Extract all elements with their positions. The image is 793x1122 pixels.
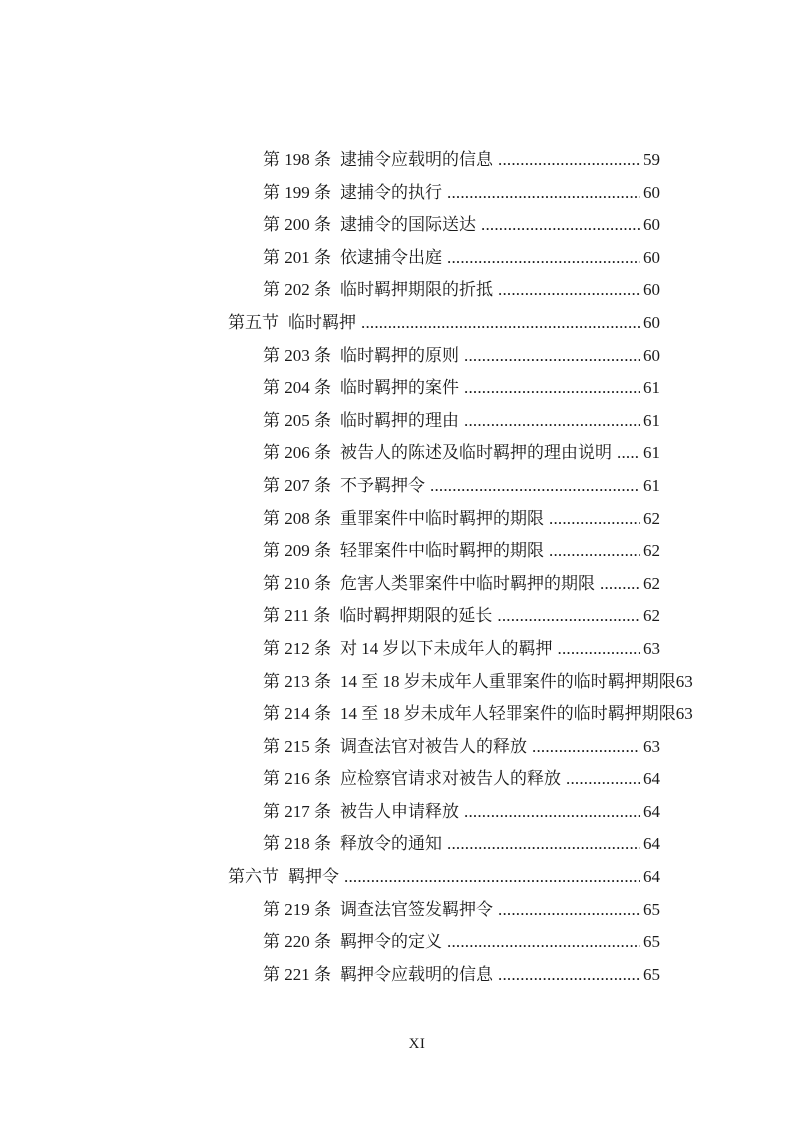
toc-entry: 第 203 条 临时羁押的原则 60 <box>228 340 660 373</box>
toc-entry: 第 198 条 逮捕令应载明的信息 59 <box>228 144 660 177</box>
table-of-contents: 第 198 条 逮捕令应载明的信息 59 第 199 条 逮捕令的执行 60 第… <box>228 144 660 991</box>
toc-entry-label: 第 220 条 <box>263 926 331 959</box>
toc-entry: 第 206 条 被告人的陈述及临时羁押的理由说明 61 <box>228 437 660 470</box>
toc-entry-label: 第 201 条 <box>263 242 331 275</box>
toc-entry-label: 第 204 条 <box>263 372 331 405</box>
toc-entry-page-number: 65 <box>643 894 660 927</box>
toc-entry-title: 不予羁押令 <box>340 470 425 503</box>
toc-entry: 第 219 条 调查法官签发羁押令 65 <box>228 894 660 927</box>
dot-leader <box>430 470 640 503</box>
toc-entry-title: 逮捕令的执行 <box>340 177 442 210</box>
toc-entry-title: 临时羁押的原则 <box>340 340 459 373</box>
toc-entry: 第 213 条 14 至 18 岁未成年人重罪案件的临时羁押期限 63 <box>228 666 660 699</box>
dot-leader <box>481 209 640 242</box>
toc-entry: 第 201 条 依逮捕令出庭 60 <box>228 242 660 275</box>
toc-entry-title: 依逮捕令出庭 <box>340 242 442 275</box>
toc-entry-label: 第 212 条 <box>263 633 331 666</box>
dot-leader <box>566 763 640 796</box>
toc-entry-title: 被告人的陈述及临时羁押的理由说明 <box>340 437 612 470</box>
toc-entry-title: 羁押令的定义 <box>340 926 442 959</box>
dot-leader <box>549 503 640 536</box>
dot-leader <box>549 535 640 568</box>
toc-entry-label: 第 217 条 <box>263 796 331 829</box>
toc-entry: 第 216 条 应检察官请求对被告人的释放 64 <box>228 763 660 796</box>
toc-entry-label: 第 198 条 <box>263 144 331 177</box>
toc-entry-page-number: 60 <box>643 307 660 340</box>
toc-entry: 第 209 条 轻罪案件中临时羁押的期限 62 <box>228 535 660 568</box>
toc-entry: 第五节 临时羁押 60 <box>228 307 660 340</box>
toc-entry-title: 调查法官对被告人的释放 <box>340 731 527 764</box>
toc-entry-label: 第 205 条 <box>263 405 331 438</box>
toc-entry-page-number: 61 <box>643 470 660 503</box>
toc-entry-page-number: 62 <box>643 568 660 601</box>
toc-entry: 第 200 条 逮捕令的国际送达 60 <box>228 209 660 242</box>
toc-entry-label: 第 211 条 <box>263 600 330 633</box>
document-page: 第 198 条 逮捕令应载明的信息 59 第 199 条 逮捕令的执行 60 第… <box>0 0 793 1122</box>
toc-entry: 第 202 条 临时羁押期限的折抵 60 <box>228 274 660 307</box>
dot-leader <box>532 731 640 764</box>
toc-entry-label: 第 210 条 <box>263 568 331 601</box>
toc-entry: 第 212 条 对 14 岁以下未成年人的羁押 63 <box>228 633 660 666</box>
toc-entry-page-number: 64 <box>643 763 660 796</box>
toc-entry-label: 第 202 条 <box>263 274 331 307</box>
toc-entry-page-number: 63 <box>676 698 693 731</box>
dot-leader <box>464 340 640 373</box>
toc-entry: 第六节 羁押令 64 <box>228 861 660 894</box>
toc-entry-title: 危害人类罪案件中临时羁押的期限 <box>340 568 595 601</box>
dot-leader <box>498 274 640 307</box>
toc-entry-page-number: 60 <box>643 340 660 373</box>
toc-entry-title: 被告人申请释放 <box>340 796 459 829</box>
toc-entry-title: 羁押令 <box>288 861 339 894</box>
dot-leader <box>464 796 640 829</box>
toc-entry-page-number: 63 <box>643 633 660 666</box>
toc-entry-page-number: 60 <box>643 209 660 242</box>
toc-entry-label: 第 213 条 <box>263 666 331 699</box>
toc-entry: 第 207 条 不予羁押令 61 <box>228 470 660 503</box>
toc-entry: 第 205 条 临时羁押的理由 61 <box>228 405 660 438</box>
dot-leader <box>498 144 640 177</box>
toc-entry-page-number: 61 <box>643 372 660 405</box>
toc-entry-label: 第 218 条 <box>263 828 331 861</box>
toc-entry-label: 第 215 条 <box>263 731 331 764</box>
toc-entry-title: 临时羁押期限的延长 <box>339 600 492 633</box>
toc-entry-title: 应检察官请求对被告人的释放 <box>340 763 561 796</box>
toc-entry-label: 第 219 条 <box>263 894 331 927</box>
toc-entry: 第 208 条 重罪案件中临时羁押的期限 62 <box>228 503 660 536</box>
toc-entry: 第 199 条 逮捕令的执行 60 <box>228 177 660 210</box>
dot-leader <box>600 568 640 601</box>
toc-entry: 第 204 条 临时羁押的案件 61 <box>228 372 660 405</box>
toc-entry-page-number: 62 <box>643 535 660 568</box>
toc-entry-title: 临时羁押 <box>288 307 356 340</box>
dot-leader <box>558 633 641 666</box>
dot-leader <box>617 437 640 470</box>
dot-leader <box>447 926 640 959</box>
toc-entry-page-number: 63 <box>676 666 693 699</box>
toc-entry: 第 217 条 被告人申请释放 64 <box>228 796 660 829</box>
toc-entry-page-number: 60 <box>643 177 660 210</box>
toc-entry: 第 210 条 危害人类罪案件中临时羁押的期限 62 <box>228 568 660 601</box>
toc-entry: 第 218 条 释放令的通知 64 <box>228 828 660 861</box>
toc-entry-title: 临时羁押期限的折抵 <box>340 274 493 307</box>
toc-entry-label: 第 203 条 <box>263 340 331 373</box>
toc-entry-label: 第 200 条 <box>263 209 331 242</box>
toc-entry-page-number: 62 <box>643 600 660 633</box>
toc-entry-title: 临时羁押的案件 <box>340 372 459 405</box>
toc-entry-title: 逮捕令应载明的信息 <box>340 144 493 177</box>
toc-entry-label: 第 209 条 <box>263 535 331 568</box>
toc-entry-title: 调查法官签发羁押令 <box>340 894 493 927</box>
toc-entry-page-number: 60 <box>643 274 660 307</box>
toc-entry-page-number: 63 <box>643 731 660 764</box>
toc-entry-page-number: 64 <box>643 861 660 894</box>
toc-entry-label: 第 207 条 <box>263 470 331 503</box>
toc-entry-page-number: 61 <box>643 437 660 470</box>
toc-entry-label: 第 199 条 <box>263 177 331 210</box>
toc-entry-title: 14 至 18 岁未成年人重罪案件的临时羁押期限 <box>340 666 676 699</box>
toc-entry-page-number: 65 <box>643 926 660 959</box>
dot-leader <box>498 894 640 927</box>
toc-entry-page-number: 59 <box>643 144 660 177</box>
toc-entry-page-number: 61 <box>643 405 660 438</box>
dot-leader <box>497 600 640 633</box>
toc-entry-page-number: 60 <box>643 242 660 275</box>
toc-entry-label: 第 208 条 <box>263 503 331 536</box>
toc-entry-title: 对 14 岁以下未成年人的羁押 <box>340 633 553 666</box>
dot-leader <box>447 828 640 861</box>
toc-entry-label: 第六节 <box>228 861 279 894</box>
toc-entry-page-number: 64 <box>643 796 660 829</box>
toc-entry-page-number: 64 <box>643 828 660 861</box>
dot-leader <box>464 372 640 405</box>
toc-entry-title: 重罪案件中临时羁押的期限 <box>340 503 544 536</box>
dot-leader <box>464 405 640 438</box>
toc-entry: 第 220 条 羁押令的定义 65 <box>228 926 660 959</box>
toc-entry-title: 羁押令应载明的信息 <box>340 959 493 992</box>
toc-entry: 第 214 条 14 至 18 岁未成年人轻罪案件的临时羁押期限 63 <box>228 698 660 731</box>
toc-entry-title: 临时羁押的理由 <box>340 405 459 438</box>
dot-leader <box>447 177 640 210</box>
toc-entry: 第 221 条 羁押令应载明的信息 65 <box>228 959 660 992</box>
toc-entry-label: 第 206 条 <box>263 437 331 470</box>
dot-leader <box>344 861 640 894</box>
toc-entry-title: 逮捕令的国际送达 <box>340 209 476 242</box>
toc-entry: 第 215 条 调查法官对被告人的释放 63 <box>228 731 660 764</box>
dot-leader <box>498 959 640 992</box>
page-number: XI <box>409 1036 426 1052</box>
toc-entry-label: 第五节 <box>228 307 279 340</box>
toc-entry-page-number: 62 <box>643 503 660 536</box>
toc-entry-page-number: 65 <box>643 959 660 992</box>
toc-entry-label: 第 216 条 <box>263 763 331 796</box>
toc-entry-title: 释放令的通知 <box>340 828 442 861</box>
page-footer: XI <box>409 1036 426 1053</box>
toc-entry-title: 轻罪案件中临时羁押的期限 <box>340 535 544 568</box>
dot-leader <box>361 307 640 340</box>
toc-entry-title: 14 至 18 岁未成年人轻罪案件的临时羁押期限 <box>340 698 676 731</box>
toc-entry-label: 第 221 条 <box>263 959 331 992</box>
dot-leader <box>447 242 640 275</box>
toc-entry: 第 211 条 临时羁押期限的延长 62 <box>228 600 660 633</box>
toc-entry-label: 第 214 条 <box>263 698 331 731</box>
